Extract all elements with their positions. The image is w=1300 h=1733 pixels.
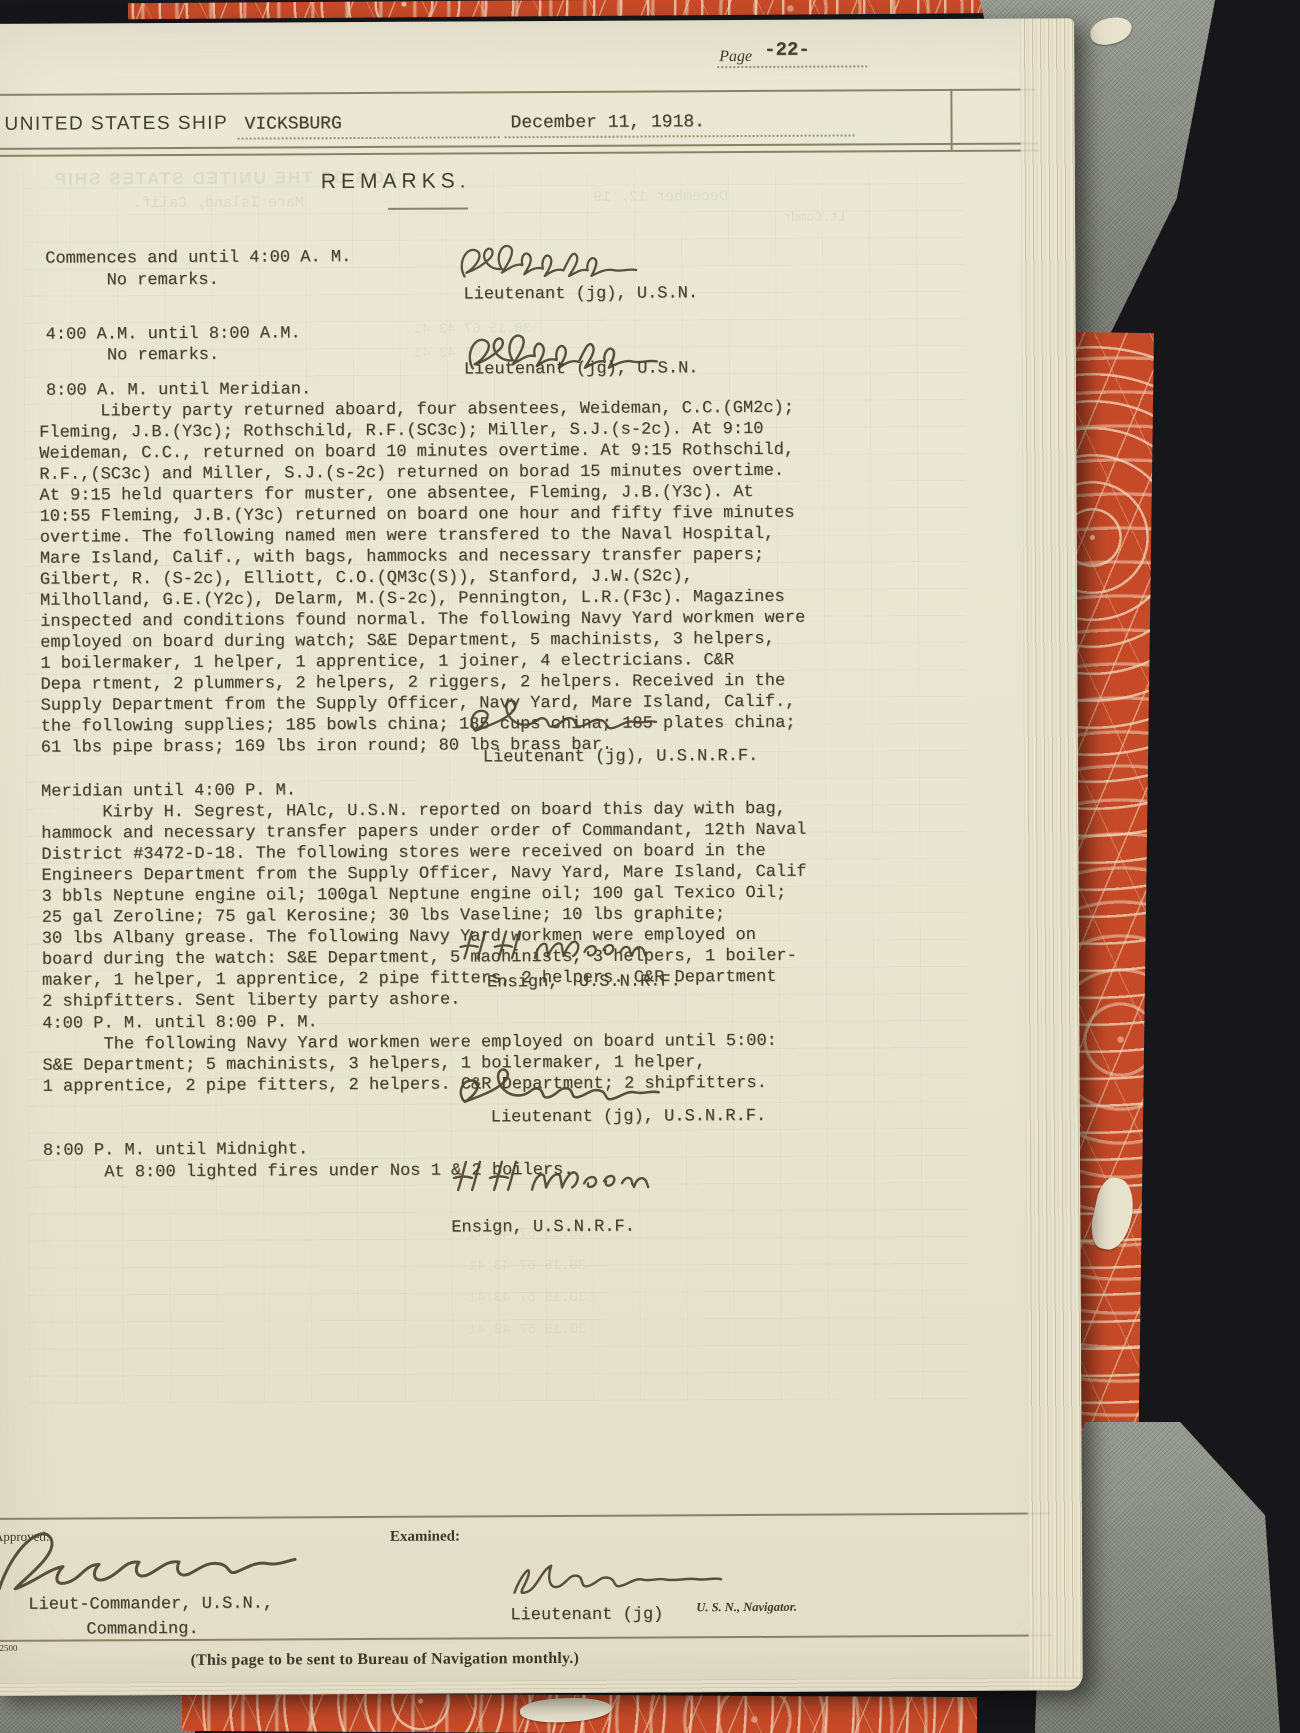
signer-title: Ensign, U.S.N.R.F. [451, 1217, 635, 1239]
header-rule-top [0, 88, 1035, 95]
watch-period-heading: 4:00 A.M. until 8:00 A.M. [46, 323, 301, 345]
examined-label: Examined: [390, 1529, 460, 1546]
entry-body: Kirby H. Segrest, HAlc, U.S.N. reported … [41, 799, 807, 1013]
header-rule-double-1 [0, 142, 1039, 150]
watch-period-heading: Commences and until 4:00 A. M. [45, 247, 351, 270]
scanned-page: LOG OF THE UNITED STATES SHIP Mare Islan… [0, 18, 1083, 1696]
entry-body: Liberty party returned aboard, four abse… [39, 398, 806, 759]
signer-title: Ensign, U.S.N.R.F. [487, 971, 681, 993]
entry-body: No remarks. [45, 270, 219, 292]
page-stack-edge-right [1020, 18, 1083, 1690]
ship-name-rule [238, 118, 500, 139]
signer-title: Lieutenant (jg), U.S.N.R.F. [491, 1106, 767, 1128]
signer-title: Lieutenant (jg), U.S.N. [463, 283, 698, 305]
entry-body: No remarks. [46, 345, 220, 367]
bleed-through-numbers: 30.15 67 43 41 [469, 1290, 587, 1307]
page-stack-edge-bottom [0, 1677, 1083, 1696]
signer-title: Lieutenant (jg), U.S.N.R.F. [483, 746, 759, 768]
bleed-through-numbers: 30.15 67 43 41 [468, 1258, 586, 1275]
ship-label: UNITED STATES SHIP [4, 113, 228, 136]
bureau-note: (This page to be sent to Bureau of Navig… [191, 1650, 580, 1670]
watch-period-heading: 4:00 P. M. until 8:00 P. M. [42, 1012, 318, 1034]
bleed-through-numbers: 30.15 67 43 41 [469, 1322, 587, 1339]
remarks-underline [388, 207, 468, 209]
signer-title: Lieutenant (jg), U.S.N. [464, 358, 699, 380]
form-number: —2500 [0, 1643, 18, 1653]
scanned-logbook-photo: LOG OF THE UNITED STATES SHIP Mare Islan… [0, 0, 1300, 1733]
remarks-title: REMARKS. [321, 169, 471, 194]
page-number-rule [717, 47, 867, 68]
navigator-note: U. S. N., Navigator. [696, 1600, 797, 1616]
watch-period-heading: 8:00 P. M. until Midnight. [43, 1139, 308, 1161]
header-rule-double-2 [0, 149, 1039, 156]
header-rule-right [950, 89, 952, 151]
signature-edwards [463, 688, 663, 743]
book-cover-marbled-top-edge [128, 0, 1048, 19]
navigator-title: Lieutenant (jg) [510, 1604, 663, 1626]
bleed-through-text: Lt.Comdr [783, 209, 845, 224]
bleed-through-text: Mare Island, Calif. [133, 194, 304, 212]
bleed-through-text: December 12, 19 [593, 188, 728, 206]
commander-title-2: Commanding. [86, 1619, 198, 1641]
signature-navigator [502, 1542, 727, 1609]
signature-madsen [448, 1148, 658, 1205]
watch-period-heading: Meridian until 4:00 P. M. [41, 780, 296, 802]
date-rule [505, 116, 855, 138]
signature-madsen [455, 918, 655, 973]
watch-period-heading: 8:00 A. M. until Meridian. [46, 379, 311, 401]
commander-title: Lieut-Commander, U.S.N., [28, 1593, 273, 1615]
